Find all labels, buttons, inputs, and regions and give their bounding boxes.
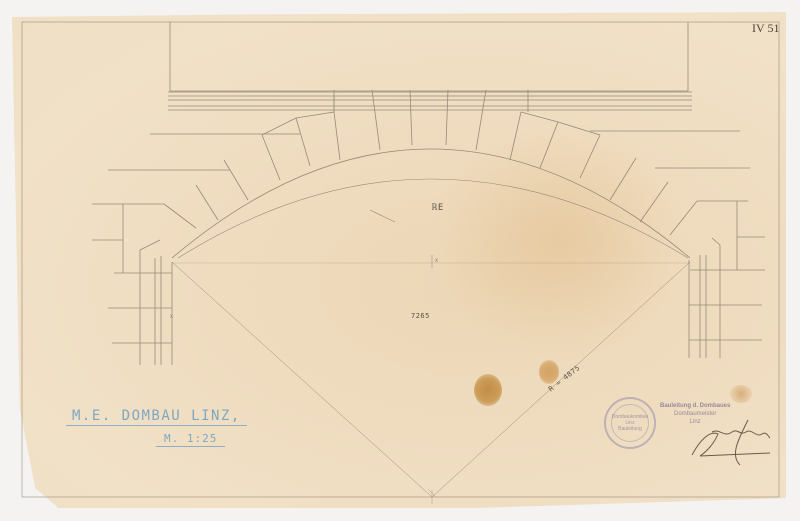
span-dimension: 7265: [411, 312, 430, 320]
sheet-number: IV 51: [752, 21, 779, 36]
drawing-title: M.E. DOMBAU LINZ,: [66, 408, 247, 426]
title-block: M.E. DOMBAU LINZ, M. 1:25: [66, 408, 247, 447]
drawing-scale: M. 1:25: [156, 432, 225, 447]
office-stamp-line-3: Linz: [660, 418, 730, 426]
round-seal-stamp: Dombaukomitee Linz Bauleitung: [604, 397, 656, 449]
svg-text:x: x: [435, 258, 438, 264]
office-stamp-line-1: Bauleitung d. Dombaues: [660, 402, 730, 410]
seal-line-3: Bauleitung: [618, 426, 642, 432]
office-stamp: Bauleitung d. Dombaues Dombaumeister Lin…: [660, 402, 730, 426]
svg-text:x: x: [170, 314, 173, 320]
center-mark: ℝE: [432, 203, 444, 213]
office-stamp-line-2: Dombaumeister: [660, 410, 730, 418]
